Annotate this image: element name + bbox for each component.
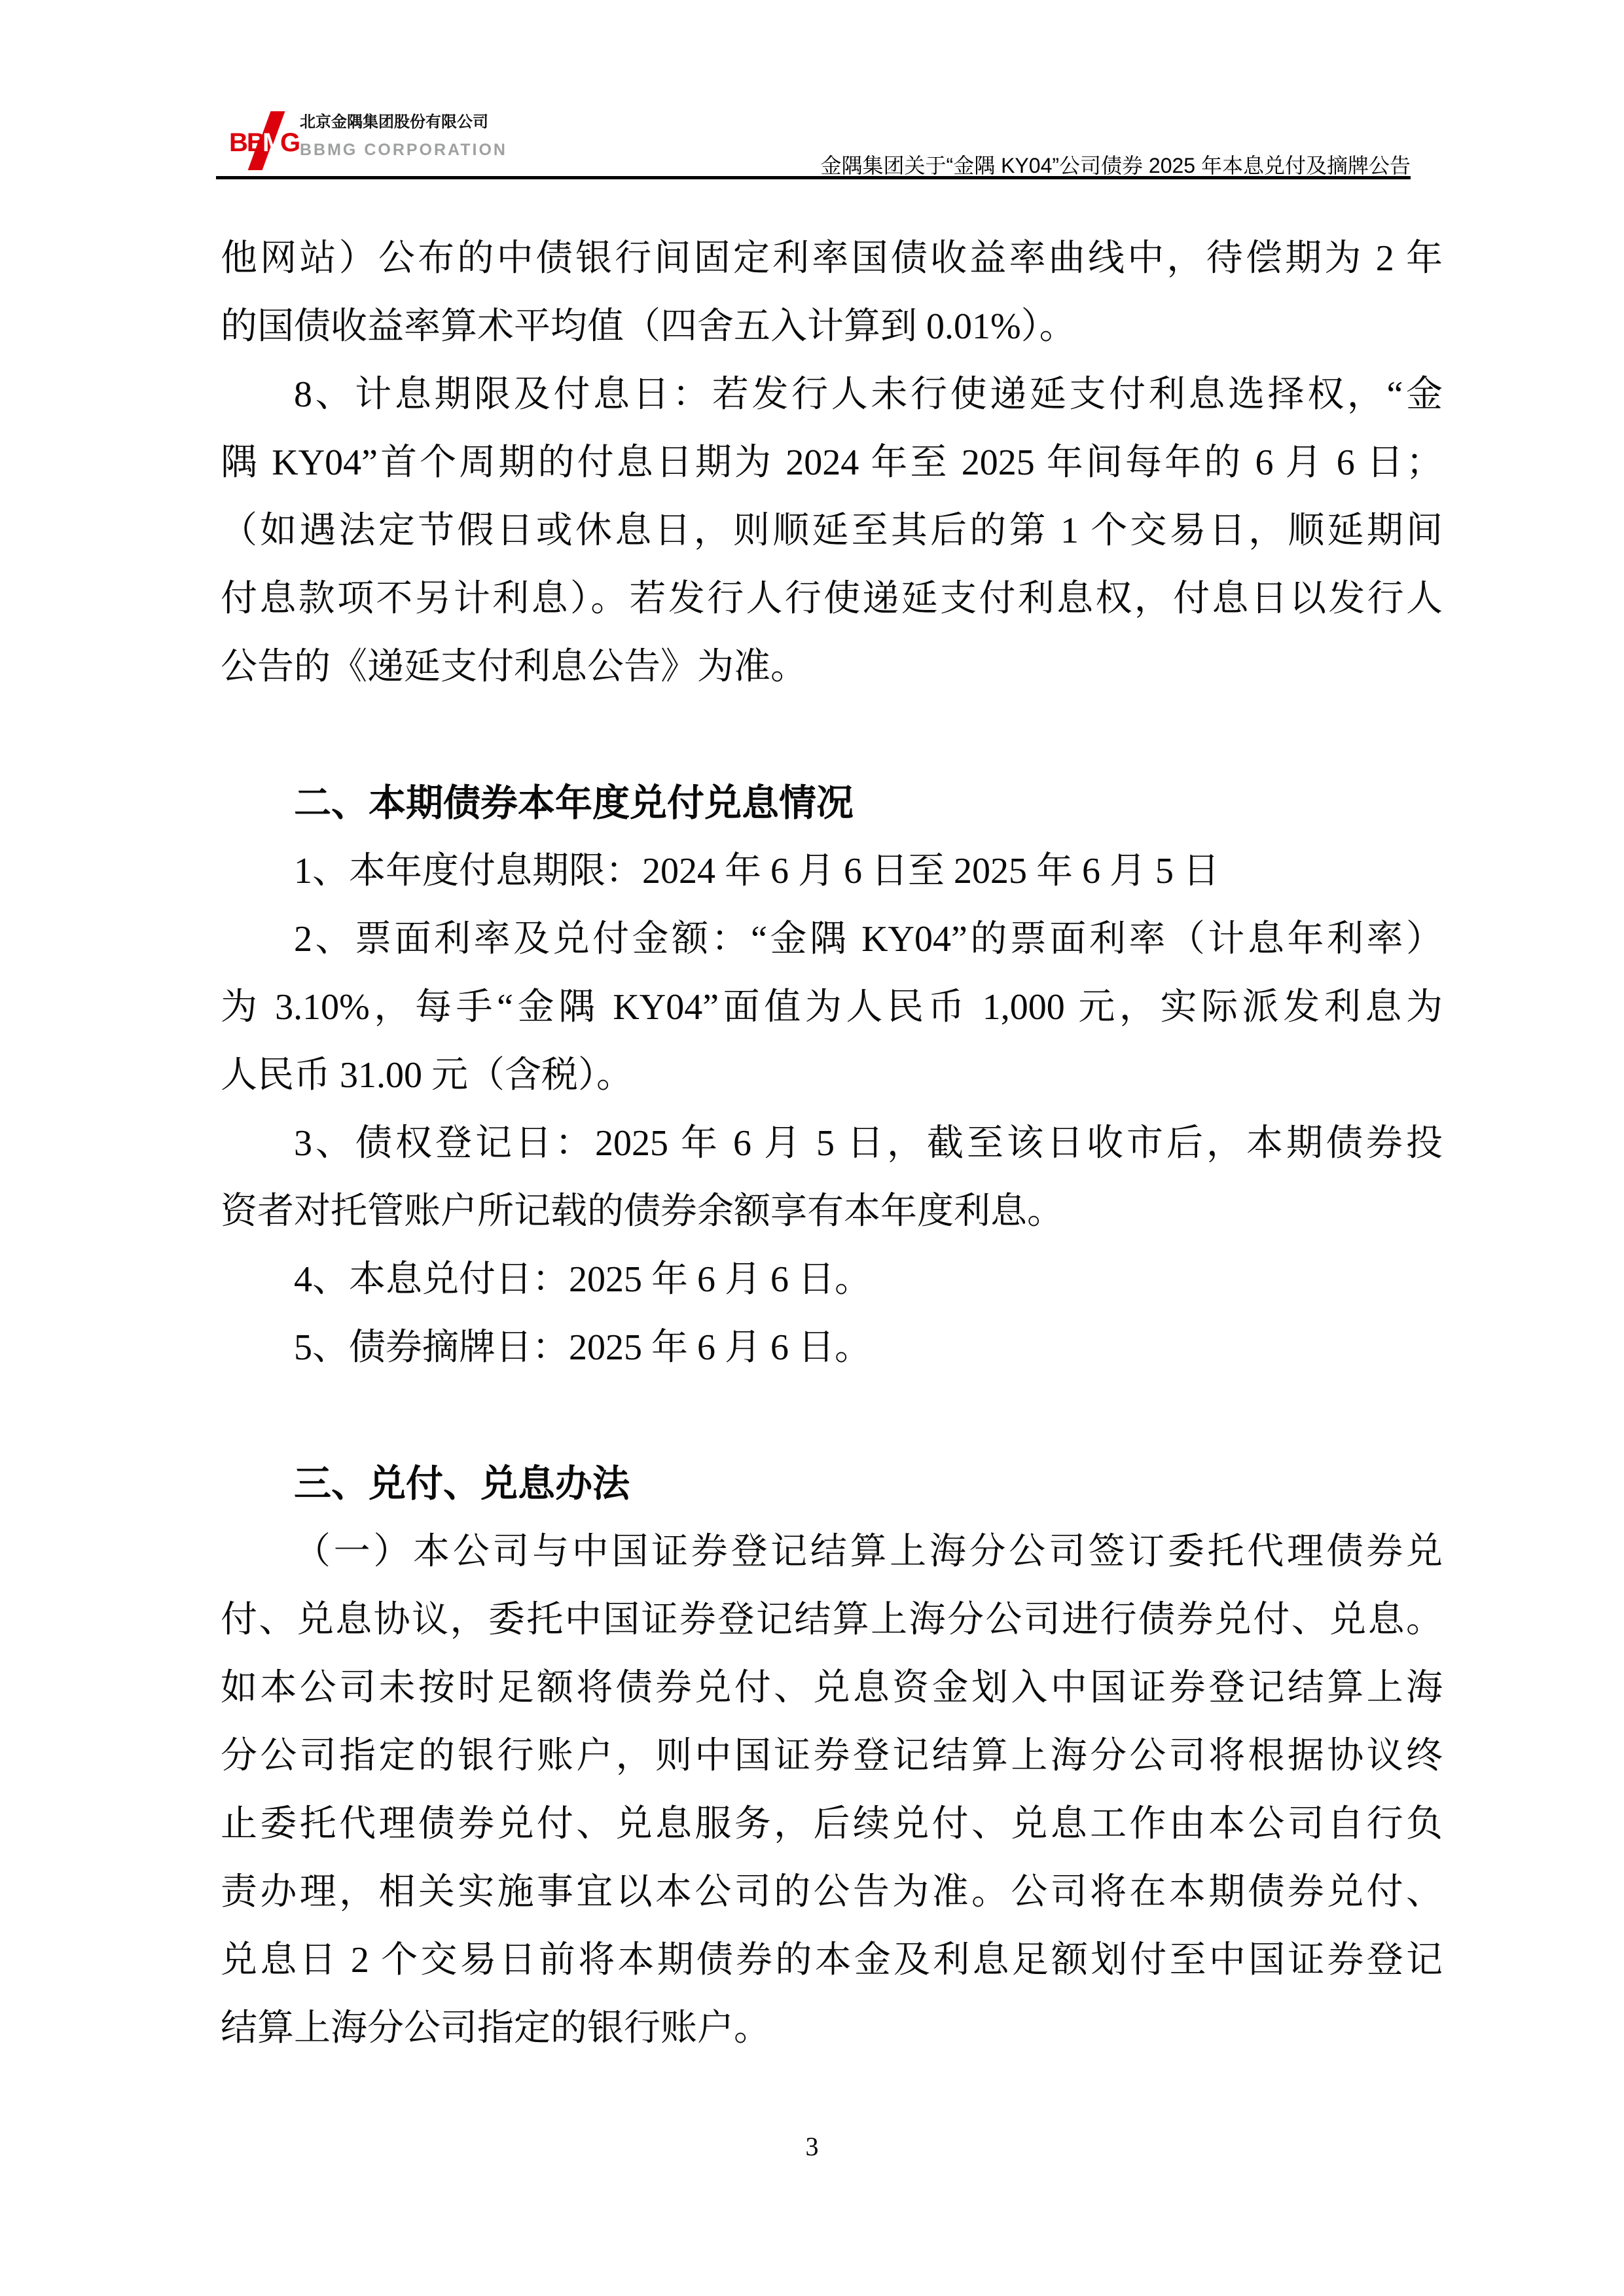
text-line: 为 3.10%，每手“金隅 KY04”面值为人民币 1,000 元，实际派发利息… <box>221 973 1443 1041</box>
text-line: 兑息日 2 个交易日前将本期债券的本金及利息足额划付至中国证券登记 <box>221 1926 1443 1994</box>
logo-letters-bb: BB <box>229 130 264 156</box>
text-line: 如本公司未按时足额将债券兑付、兑息资金划入中国证券登记结算上海 <box>221 1654 1443 1722</box>
company-name-en: BBMG CORPORATION <box>300 141 507 158</box>
text-line: 他网站）公布的中债银行间固定利率国债收益率曲线中，待偿期为 2 年 <box>221 224 1443 293</box>
text-line: 5、债券摘牌日：2025 年 6 月 6 日。 <box>221 1314 1443 1382</box>
company-name-cn: 北京金隅集团股份有限公司 <box>300 113 507 132</box>
logo-letter-g: G <box>280 130 299 156</box>
text-line: 3、债权登记日：2025 年 6 月 5 日，截至该日收市后，本期债券投 <box>221 1109 1443 1177</box>
text-line: 1、本年度付息期限：2024 年 6 月 6 日至 2025 年 6 月 5 日 <box>221 837 1443 905</box>
text-line: 付、兑息协议，委托中国证券登记结算上海分公司进行债券兑付、兑息。 <box>221 1586 1443 1654</box>
section-heading: 三、兑付、兑息办法 <box>221 1450 1443 1518</box>
document-title: 金隅集团关于“金隅 KY04”公司债券 2025 年本息兑付及摘牌公告 <box>821 149 1411 179</box>
blank-line <box>221 1382 1443 1450</box>
blank-line <box>221 701 1443 769</box>
company-name-block: 北京金隅集团股份有限公司 BBMG CORPORATION <box>300 113 507 158</box>
text-line: 资者对托管账户所记载的债券余额享有本年度利息。 <box>221 1177 1443 1246</box>
header-horizontal-rule <box>216 176 1411 179</box>
text-line: 的国债收益率算术平均值（四舍五入计算到 0.01%）。 <box>221 293 1443 361</box>
text-line: 隅 KY04”首个周期的付息日期为 2024 年至 2025 年间每年的 6 月… <box>221 429 1443 497</box>
text-line: 2、票面利率及兑付金额：“金隅 KY04”的票面利率（计息年利率） <box>221 905 1443 973</box>
text-line: （一）本公司与中国证券登记结算上海分公司签订委托代理债券兑 <box>221 1518 1443 1586</box>
page-number: 3 <box>0 2128 1624 2165</box>
bbmg-logo: BB M G <box>229 111 308 177</box>
text-line: 公告的《递延支付利息公告》为准。 <box>221 633 1443 701</box>
text-line: 付息款项不另计利息）。若发行人行使递延支付利息权，付息日以发行人 <box>221 565 1443 633</box>
text-line: 责办理，相关实施事宜以本公司的公告为准。公司将在本期债券兑付、 <box>221 1858 1443 1926</box>
text-line: 人民币 31.00 元（含税）。 <box>221 1041 1443 1109</box>
section-heading: 二、本期债券本年度兑付兑息情况 <box>221 769 1443 837</box>
text-line: 结算上海分公司指定的银行账户。 <box>221 1994 1443 2062</box>
text-line: （如遇法定节假日或休息日，则顺延至其后的第 1 个交易日，顺延期间 <box>221 497 1443 565</box>
text-line: 分公司指定的银行账户，则中国证券登记结算上海分公司将根据协议终 <box>221 1722 1443 1790</box>
text-line: 止委托代理债券兑付、兑息服务，后续兑付、兑息工作由本公司自行负 <box>221 1790 1443 1858</box>
text-line: 4、本息兑付日：2025 年 6 月 6 日。 <box>221 1246 1443 1314</box>
page: BB M G 北京金隅集团股份有限公司 BBMG CORPORATION 金隅集… <box>0 0 1624 2296</box>
document-body: 他网站）公布的中债银行间固定利率国债收益率曲线中，待偿期为 2 年 的国债收益率… <box>221 224 1443 2062</box>
text-line: 8、计息期限及付息日：若发行人未行使递延支付利息选择权，“金 <box>221 361 1443 429</box>
